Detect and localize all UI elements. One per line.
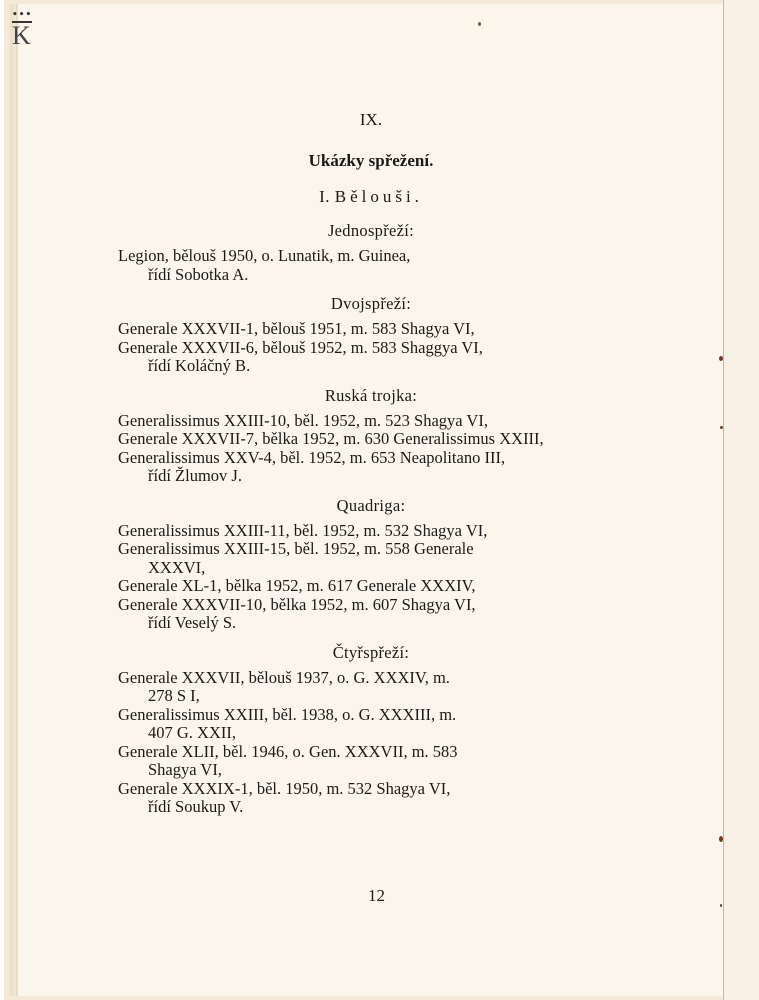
groups-container: Jednospřeží:Legion, bělouš 1950, o. Luna…: [118, 221, 648, 817]
group-heading: Dvojspřeží:: [94, 294, 648, 316]
logo-dots: •••: [12, 11, 34, 19]
group-entries: Generale XXXVII, bělouš 1937, o. G. XXXI…: [118, 669, 648, 817]
entry-continuation: Shagya VI,: [118, 761, 648, 780]
entry-line: Generale XXXIX-1, běl. 1950, m. 532 Shag…: [118, 780, 648, 799]
entry-continuation: XXXVI,: [118, 559, 648, 578]
stain-spot: [720, 904, 722, 907]
logo-letter: K: [12, 24, 34, 48]
section-number: I.: [319, 187, 330, 206]
group-heading: Quadriga:: [94, 496, 648, 518]
entry-continuation: řídí Soukup V.: [118, 798, 648, 817]
group-heading: Ruská trojka:: [94, 386, 648, 408]
stain-spot: [720, 426, 723, 429]
stain-spot: [719, 356, 723, 361]
chapter-title: Ukázky spřežení.: [94, 151, 648, 173]
entry-line: Generalissimus XXIII, běl. 1938, o. G. X…: [118, 706, 648, 725]
page-content: IX. Ukázky spřežení. I. Bělouši. Jednosp…: [118, 110, 648, 817]
group-entries: Generale XXXVII-1, bělouš 1951, m. 583 S…: [118, 320, 648, 376]
entry-line: Generalissimus XXV-4, běl. 1952, m. 653 …: [118, 449, 648, 468]
entry-line: Generale XXXVII-10, bělka 1952, m. 607 S…: [118, 596, 648, 615]
entry-line: Generale XXXVII-1, bělouš 1951, m. 583 S…: [118, 320, 648, 339]
entry-continuation: řídí Žlumov J.: [118, 467, 648, 486]
group-heading: Jednospřeží:: [94, 221, 648, 243]
entry-continuation: řídí Koláčný B.: [118, 357, 648, 376]
section-heading: I. Bělouši.: [94, 187, 648, 211]
entry-line: Generale XXXVII-7, bělka 1952, m. 630 Ge…: [118, 430, 648, 449]
group-entries: Legion, bělouš 1950, o. Lunatik, m. Guin…: [118, 247, 648, 284]
entry-line: Generalissimus XXIII-10, běl. 1952, m. 5…: [118, 412, 648, 431]
entry-line: Generale XLII, běl. 1946, o. Gen. XXXVII…: [118, 743, 648, 762]
group-heading: Čtyřspřeží:: [94, 643, 648, 665]
entry-continuation: řídí Veselý S.: [118, 614, 648, 633]
stain-spot: [478, 22, 481, 26]
stain-spot: [719, 836, 723, 842]
next-page-edge: [723, 0, 759, 1000]
group-entries: Generalissimus XXIII-10, běl. 1952, m. 5…: [118, 412, 648, 486]
entry-line: Generale XXXVII-6, bělouš 1952, m. 583 S…: [118, 339, 648, 358]
entry-line: Generalissimus XXIII-11, běl. 1952, m. 5…: [118, 522, 648, 541]
entry-continuation: řídí Sobotka A.: [118, 266, 648, 285]
group-entries: Generalissimus XXIII-11, běl. 1952, m. 5…: [118, 522, 648, 633]
entry-line: Generale XL-1, bělka 1952, m. 617 Genera…: [118, 577, 648, 596]
page-number: 12: [368, 886, 385, 906]
entry-continuation: 278 S I,: [118, 687, 648, 706]
entry-line: Generalissimus XXIII-15, běl. 1952, m. 5…: [118, 540, 648, 559]
entry-line: Generale XXXVII, bělouš 1937, o. G. XXXI…: [118, 669, 648, 688]
section-name: Bělouši.: [335, 187, 423, 206]
entry-line: Legion, bělouš 1950, o. Lunatik, m. Guin…: [118, 247, 648, 266]
chapter-number: IX.: [94, 110, 648, 134]
library-logo-icon: ••• K: [12, 11, 34, 47]
entry-continuation: 407 G. XXII,: [118, 724, 648, 743]
